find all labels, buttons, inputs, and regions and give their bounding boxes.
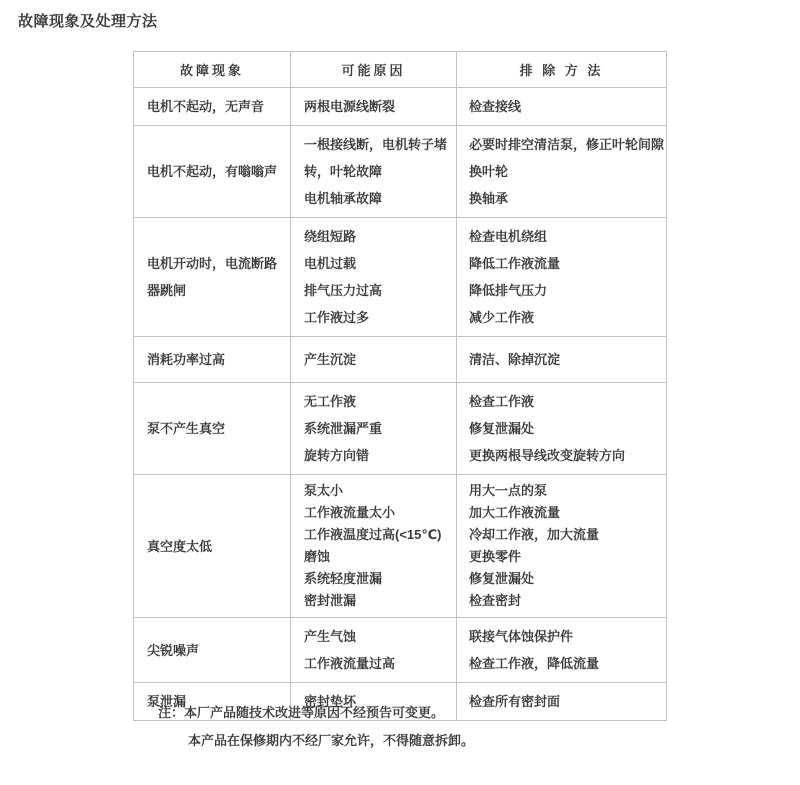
header-remedy-method: 排 除 方 法 — [457, 52, 667, 88]
cell-phenomenon: 电机开动时，电流断路器跳闸 — [134, 218, 291, 337]
table-row: 电机开动时，电流断路器跳闸 绕组短路电机过载排气压力过高工作液过多 检查电机绕组… — [134, 218, 667, 337]
cell-phenomenon: 真空度太低 — [134, 475, 291, 618]
cell-line: 泵不产生真空 — [147, 415, 284, 442]
page-title: 故障现象及处理方法 — [18, 10, 158, 31]
cell-remedies: 检查电机绕组降低工作液流量降低排气压力减少工作液 — [457, 218, 667, 337]
cell-line: 两根电源线断裂 — [304, 93, 450, 120]
cell-phenomenon: 消耗功率过高 — [134, 337, 291, 383]
cell-remedies: 检查所有密封面 — [457, 683, 667, 721]
cell-line: 电机不起动，有嗡嗡声 — [147, 158, 284, 185]
cell-line: 尖锐噪声 — [147, 637, 284, 664]
table-row: 真空度太低 泵太小工作液流量太小工作液温度过高(<15℃)磨蚀系统轻度泄漏密封泄… — [134, 475, 667, 618]
table-row: 电机不起动，无声音 两根电源线断裂 检查接线 — [134, 88, 667, 126]
cell-phenomenon: 泵不产生真空 — [134, 383, 291, 475]
cell-line: 工作液过多 — [304, 304, 450, 331]
cell-line: 电机过载 — [304, 250, 450, 277]
cell-line: 修复泄漏处 — [469, 568, 666, 590]
cell-causes: 两根电源线断裂 — [291, 88, 457, 126]
table-row: 消耗功率过高 产生沉淀 清洁、除掉沉淀 — [134, 337, 667, 383]
cell-line: 减少工作液 — [469, 304, 666, 331]
cell-line: 旋转方向错 — [304, 442, 450, 469]
cell-phenomenon: 尖锐噪声 — [134, 618, 291, 683]
cell-line: 电机轴承故障 — [304, 185, 450, 212]
cell-causes: 泵太小工作液流量太小工作液温度过高(<15℃)磨蚀系统轻度泄漏密封泄漏 — [291, 475, 457, 618]
cell-line: 检查密封 — [469, 590, 666, 612]
cell-line: 真空度太低 — [147, 533, 284, 560]
cell-line: 绕组短路 — [304, 223, 450, 250]
cell-phenomenon: 电机不起动，无声音 — [134, 88, 291, 126]
cell-line: 降低排气压力 — [469, 277, 666, 304]
cell-line: 检查电机绕组 — [469, 223, 666, 250]
cell-line: 必要时排空清洁泵，修正叶轮间隙 — [469, 131, 666, 158]
cell-remedies: 用大一点的泵加大工作液流量冷却工作液，加大流量更换零件修复泄漏处检查密封 — [457, 475, 667, 618]
cell-line: 检查工作液，降低流量 — [469, 650, 666, 677]
cell-line: 检查工作液 — [469, 388, 666, 415]
note-line: 注：本厂产品随技术改进等原因不经预告可变更。 — [158, 699, 474, 727]
table-row: 尖锐噪声 产生气蚀工作液流量过高 联接气体蚀保护件检查工作液，降低流量 — [134, 618, 667, 683]
cell-line: 系统轻度泄漏 — [304, 568, 450, 590]
cell-line: 工作液温度过高(<15℃) — [304, 524, 450, 546]
cell-line: 磨蚀 — [304, 546, 450, 568]
cell-causes: 无工作液系统泄漏严重旋转方向错 — [291, 383, 457, 475]
cell-line: 冷却工作液，加大流量 — [469, 524, 666, 546]
cell-line: 电机不起动，无声音 — [147, 93, 284, 120]
cell-remedies: 检查工作液修复泄漏处更换两根导线改变旋转方向 — [457, 383, 667, 475]
cell-line: 更换零件 — [469, 546, 666, 568]
table-row: 电机不起动，有嗡嗡声 一根接线断，电机转子堵转，叶轮故障电机轴承故障 必要时排空… — [134, 126, 667, 218]
cell-line: 密封泄漏 — [304, 590, 450, 612]
table-header-row: 故障现象 可能原因 排 除 方 法 — [134, 52, 667, 88]
cell-line: 电机开动时，电流断路器跳闸 — [147, 250, 284, 304]
note-line: 本产品在保修期内不经厂家允许，不得随意拆卸。 — [158, 727, 474, 755]
cell-line: 系统泄漏严重 — [304, 415, 450, 442]
cell-line: 联接气体蚀保护件 — [469, 623, 666, 650]
table-body: 电机不起动，无声音 两根电源线断裂 检查接线 电机不起动，有嗡嗡声 一根接线断，… — [134, 88, 667, 721]
cell-line: 产生气蚀 — [304, 623, 450, 650]
cell-line: 加大工作液流量 — [469, 502, 666, 524]
cell-remedies: 联接气体蚀保护件检查工作液，降低流量 — [457, 618, 667, 683]
cell-line: 泵太小 — [304, 480, 450, 502]
cell-line: 排气压力过高 — [304, 277, 450, 304]
cell-line: 工作液流量太小 — [304, 502, 450, 524]
cell-remedies: 必要时排空清洁泵，修正叶轮间隙换叶轮换轴承 — [457, 126, 667, 218]
table-row: 泵不产生真空 无工作液系统泄漏严重旋转方向错 检查工作液修复泄漏处更换两根导线改… — [134, 383, 667, 475]
cell-phenomenon: 电机不起动，有嗡嗡声 — [134, 126, 291, 218]
cell-line: 一根接线断，电机转子堵转，叶轮故障 — [304, 131, 450, 185]
header-fault-phenomenon: 故障现象 — [134, 52, 291, 88]
cell-line: 换叶轮 — [469, 158, 666, 185]
cell-causes: 产生沉淀 — [291, 337, 457, 383]
cell-line: 无工作液 — [304, 388, 450, 415]
cell-line: 产生沉淀 — [304, 346, 450, 373]
cell-causes: 绕组短路电机过载排气压力过高工作液过多 — [291, 218, 457, 337]
cell-line: 检查接线 — [469, 93, 666, 120]
cell-line: 修复泄漏处 — [469, 415, 666, 442]
cell-remedies: 清洁、除掉沉淀 — [457, 337, 667, 383]
cell-line: 更换两根导线改变旋转方向 — [469, 442, 666, 469]
cell-line: 换轴承 — [469, 185, 666, 212]
cell-line: 降低工作液流量 — [469, 250, 666, 277]
cell-causes: 一根接线断，电机转子堵转，叶轮故障电机轴承故障 — [291, 126, 457, 218]
footer-notes: 注：本厂产品随技术改进等原因不经预告可变更。 本产品在保修期内不经厂家允许，不得… — [158, 699, 474, 755]
troubleshooting-table: 故障现象 可能原因 排 除 方 法 电机不起动，无声音 两根电源线断裂 检查接线… — [133, 51, 667, 721]
document-page: 故障现象及处理方法 故障现象 可能原因 排 除 方 法 电机不起动，无声音 两根… — [0, 0, 800, 785]
header-possible-cause: 可能原因 — [291, 52, 457, 88]
cell-causes: 产生气蚀工作液流量过高 — [291, 618, 457, 683]
cell-line: 消耗功率过高 — [147, 346, 284, 373]
cell-line: 工作液流量过高 — [304, 650, 450, 677]
cell-line: 清洁、除掉沉淀 — [469, 346, 666, 373]
cell-line: 用大一点的泵 — [469, 480, 666, 502]
cell-remedies: 检查接线 — [457, 88, 667, 126]
cell-line: 检查所有密封面 — [469, 688, 666, 715]
